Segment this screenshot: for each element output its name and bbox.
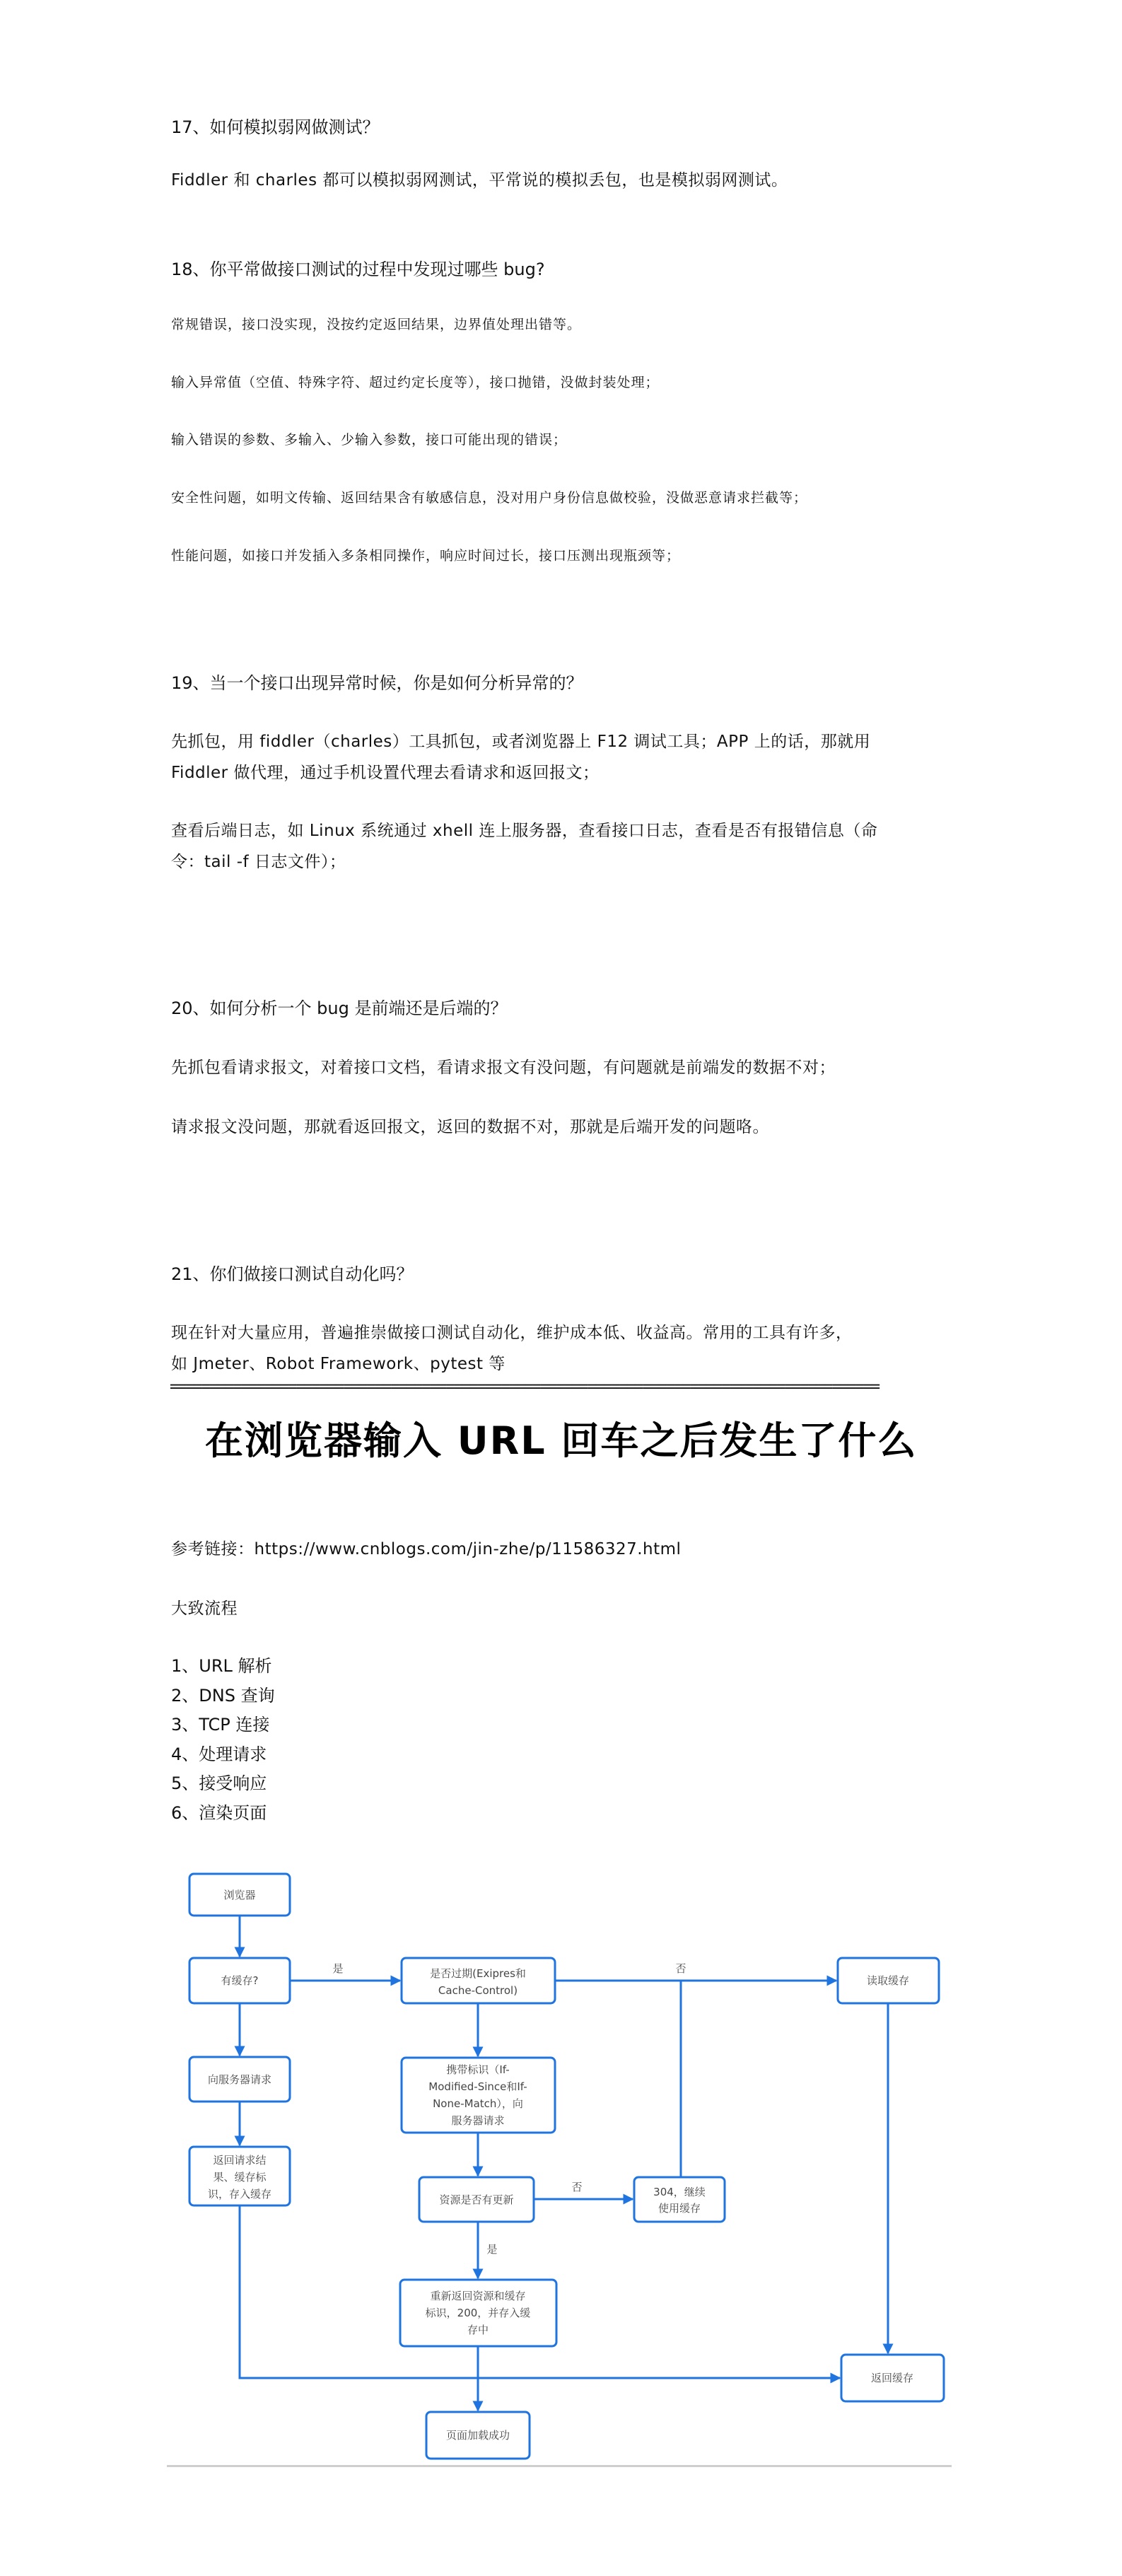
node-return-cache-label: 返回缓存 bbox=[871, 2372, 913, 2384]
node-return-result-label-3: 识，存入缓存 bbox=[208, 2188, 271, 2201]
node-return-new-label-3: 存中 bbox=[467, 2324, 489, 2336]
node-resource-updated-label: 资源是否有更新 bbox=[439, 2193, 513, 2206]
node-has-cache-label: 有缓存? bbox=[221, 1974, 259, 1987]
node-read-cache-label: 读取缓存 bbox=[867, 1974, 909, 1987]
edge-label-yes-updated: 是 bbox=[486, 2243, 497, 2256]
node-request-server-label: 向服务器请求 bbox=[208, 2073, 271, 2086]
node-return-new-label-1: 重新返回资源和缓存 bbox=[430, 2290, 525, 2302]
node-with-flags-label-1: 携带标识（If- bbox=[446, 2063, 509, 2076]
node-not-modified bbox=[634, 2177, 725, 2222]
cache-flowchart: 浏览器 有缓存? 是否过期(Exipres和 Cache-Control) 读取… bbox=[0, 0, 1122, 2576]
node-with-flags-label-3: None-Match），向 bbox=[433, 2097, 523, 2110]
node-expired-label-1: 是否过期(Exipres和 bbox=[430, 1967, 526, 1980]
node-not-modified-label-1: 304，继续 bbox=[653, 2186, 706, 2198]
node-return-result-label-2: 果、缓存标 bbox=[213, 2171, 267, 2184]
node-with-flags-label-4: 服务器请求 bbox=[451, 2114, 504, 2127]
node-return-result-label-1: 返回请求结 bbox=[213, 2154, 266, 2167]
node-browser-label: 浏览器 bbox=[223, 1889, 255, 1901]
node-with-flags-label-2: Modified-Since和If- bbox=[428, 2080, 527, 2093]
node-not-modified-label-2: 使用缓存 bbox=[658, 2202, 701, 2215]
edge-label-no-updated: 否 bbox=[571, 2181, 582, 2193]
edge-label-no-expired: 否 bbox=[675, 1962, 686, 1975]
bottom-divider bbox=[167, 2465, 952, 2467]
node-page-loaded-label: 页面加载成功 bbox=[446, 2429, 510, 2442]
node-expired-label-2: Cache-Control) bbox=[438, 1984, 518, 1997]
node-return-new-label-2: 标识，200，并存入缓 bbox=[426, 2307, 531, 2319]
edge-label-yes-cache: 是 bbox=[332, 1962, 343, 1975]
